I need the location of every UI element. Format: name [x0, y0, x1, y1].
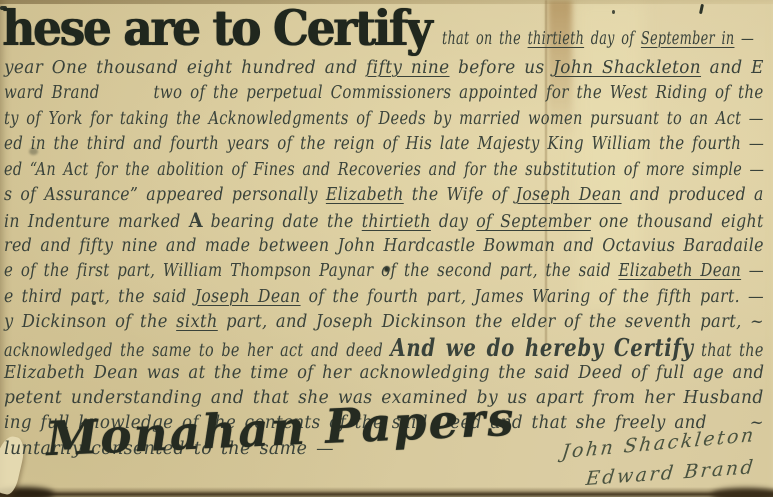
- document-page: hese are to Certify that on the thirtiet…: [0, 0, 773, 497]
- handwritten-line: Elizabeth Dean was at the time of her ac…: [4, 361, 764, 386]
- handwritten-line: ty of York for taking the Acknowledgment…: [4, 107, 764, 132]
- paper-edge-bottom: [0, 487, 773, 497]
- text-segment: and E: [701, 58, 764, 78]
- text-segment: before us: [450, 58, 554, 78]
- text-segment: ward Brand two of the perpetual Commissi…: [4, 83, 764, 103]
- text-segment: ty of York for taking the Acknowledgment…: [4, 109, 764, 129]
- text-segment: s of Assurance” appeared personally: [4, 185, 326, 205]
- paper-corner-shadow-right: [711, 488, 773, 497]
- text-segment: y Dickinson of the: [4, 312, 176, 332]
- text-segment: acknowledged the same to be her act and …: [4, 341, 390, 361]
- handwritten-line: ed in the third and fourth years of the …: [4, 132, 764, 157]
- text-segment: bearing date the: [203, 212, 362, 232]
- text-segment: part, and Joseph Dickinson the elder of …: [218, 312, 764, 332]
- text-segment: thirtieth: [362, 212, 431, 232]
- handwritten-line: that on the thirtieth day of September i…: [442, 29, 754, 49]
- heading-row: hese are to Certify that on the thirtiet…: [2, 2, 767, 60]
- handwritten-line: ed “An Act for the abolition of Fines an…: [4, 158, 764, 183]
- text-segment: the Wife of: [404, 185, 516, 205]
- text-segment: And we do hereby Certify: [390, 333, 693, 362]
- handwritten-line: y Dickinson of the sixth part, and Josep…: [4, 310, 764, 335]
- text-segment: ed “An Act for the abolition of Fines an…: [4, 160, 764, 180]
- text-segment: John Shackleton: [553, 58, 701, 78]
- text-segment: A: [189, 208, 203, 232]
- text-segment: and produced a: [622, 185, 764, 205]
- text-segment: ed in the third and fourth years of the …: [4, 134, 764, 154]
- handwritten-line: ward Brand two of the perpetual Commissi…: [4, 81, 764, 106]
- text-segment: that on the: [442, 29, 528, 49]
- handwritten-line: in Indenture marked A bearing date the t…: [4, 208, 764, 233]
- text-segment: September in: [641, 29, 735, 49]
- text-segment: day: [431, 212, 476, 232]
- document-heading: hese are to Certify: [2, 0, 430, 60]
- text-segment: e of the first part, William Thompson Pa…: [4, 261, 618, 281]
- text-segment: day of: [584, 29, 641, 49]
- handwritten-line: e of the first part, William Thompson Pa…: [4, 259, 764, 284]
- text-segment: Elizabeth: [326, 185, 404, 205]
- handwritten-line: year One thousand eight hundred and fift…: [4, 56, 764, 81]
- text-segment: Elizabeth Dean was at the time of her ac…: [4, 363, 764, 383]
- handwritten-line: e third part, the said Joseph Dean of th…: [4, 285, 764, 310]
- text-segment: sixth: [176, 312, 218, 332]
- screenshot-root: { "document": { "heading": "hese are to …: [0, 0, 773, 497]
- text-segment: that the: [694, 341, 764, 361]
- text-segment: —: [735, 29, 755, 49]
- text-segment: Elizabeth Dean: [618, 261, 741, 281]
- text-segment: thirtieth: [528, 29, 585, 49]
- text-segment: of the fourth part, James Waring of the …: [301, 287, 764, 307]
- text-segment: Joseph Dean: [516, 185, 622, 205]
- text-segment: —: [741, 261, 764, 281]
- text-segment: year One thousand eight hundred and: [4, 58, 366, 78]
- text-segment: fifty nine: [366, 58, 449, 78]
- text-segment: one thousand eight: [591, 212, 764, 232]
- handwritten-line: red and fifty nine and made between John…: [4, 234, 764, 259]
- text-segment: of September: [476, 212, 591, 232]
- text-segment: Joseph Dean: [195, 287, 301, 307]
- handwritten-line: s of Assurance” appeared personally Eliz…: [4, 183, 764, 208]
- text-segment: red and fifty nine and made between John…: [4, 236, 764, 256]
- text-segment: e third part, the said: [4, 287, 195, 307]
- handwritten-line: acknowledged the same to be her act and …: [4, 335, 764, 360]
- text-segment: in Indenture marked: [4, 212, 189, 232]
